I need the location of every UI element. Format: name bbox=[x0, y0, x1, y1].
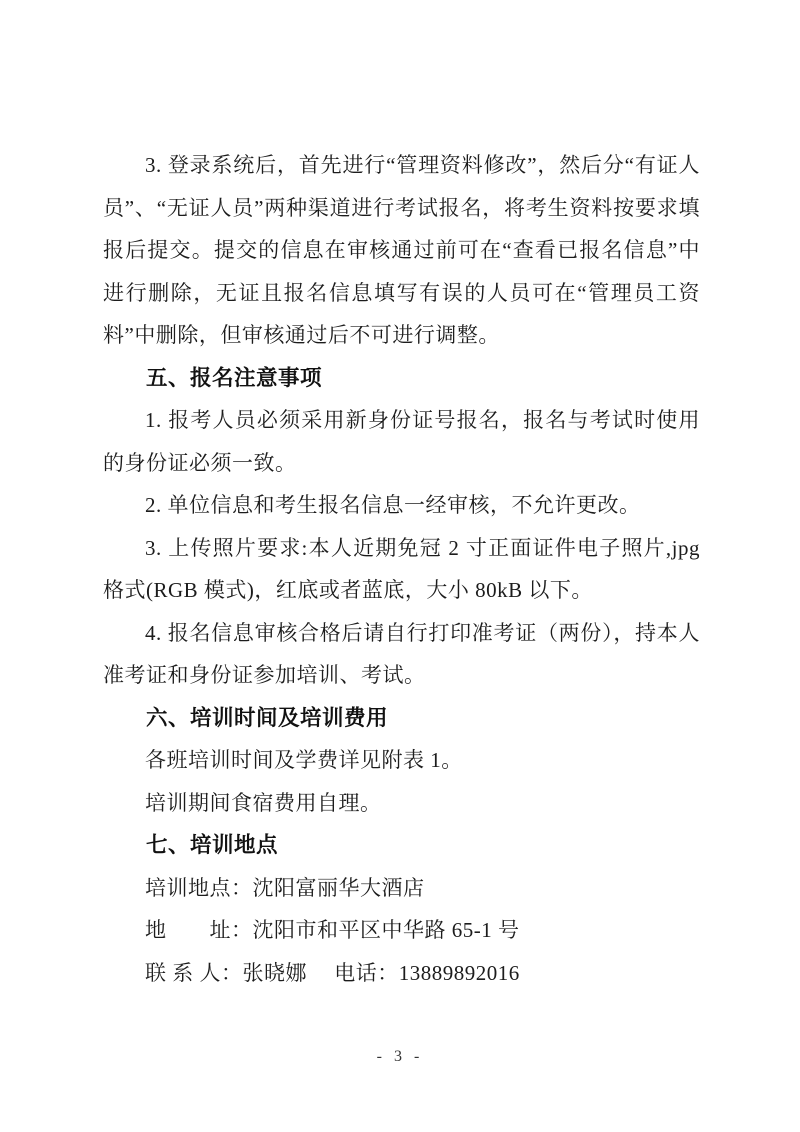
page-number: - 3 - bbox=[0, 1048, 800, 1066]
paragraph: 3. 登录系统后，首先进行“管理资料修改”，然后分“有证人员”、“无证人员”两种… bbox=[103, 144, 700, 357]
section-heading: 六、培训时间及培训费用 bbox=[103, 697, 700, 740]
paragraph: 各班培训时间及学费详见附表 1。 bbox=[103, 739, 700, 782]
paragraph: 培训地点：沈阳富丽华大酒店 bbox=[103, 867, 700, 910]
paragraph: 2. 单位信息和考生报名信息一经审核，不允许更改。 bbox=[103, 484, 700, 527]
paragraph: 地 址：沈阳市和平区中华路 65-1 号 bbox=[103, 909, 700, 952]
paragraph: 4. 报名信息审核合格后请自行打印准考证（两份），持本人准考证和身份证参加培训、… bbox=[103, 612, 700, 697]
paragraph: 培训期间食宿费用自理。 bbox=[103, 782, 700, 825]
document-page: 3. 登录系统后，首先进行“管理资料修改”，然后分“有证人员”、“无证人员”两种… bbox=[0, 0, 800, 1132]
document-body: 3. 登录系统后，首先进行“管理资料修改”，然后分“有证人员”、“无证人员”两种… bbox=[103, 144, 700, 994]
section-heading: 五、报名注意事项 bbox=[103, 357, 700, 400]
paragraph: 1. 报考人员必须采用新身份证号报名，报名与考试时使用的身份证必须一致。 bbox=[103, 399, 700, 484]
section-heading: 七、培训地点 bbox=[103, 824, 700, 867]
paragraph: 3. 上传照片要求:本人近期免冠 2 寸正面证件电子照片,jpg 格式(RGB … bbox=[103, 527, 700, 612]
paragraph: 联 系 人：张晓娜 电话：13889892016 bbox=[103, 952, 700, 995]
